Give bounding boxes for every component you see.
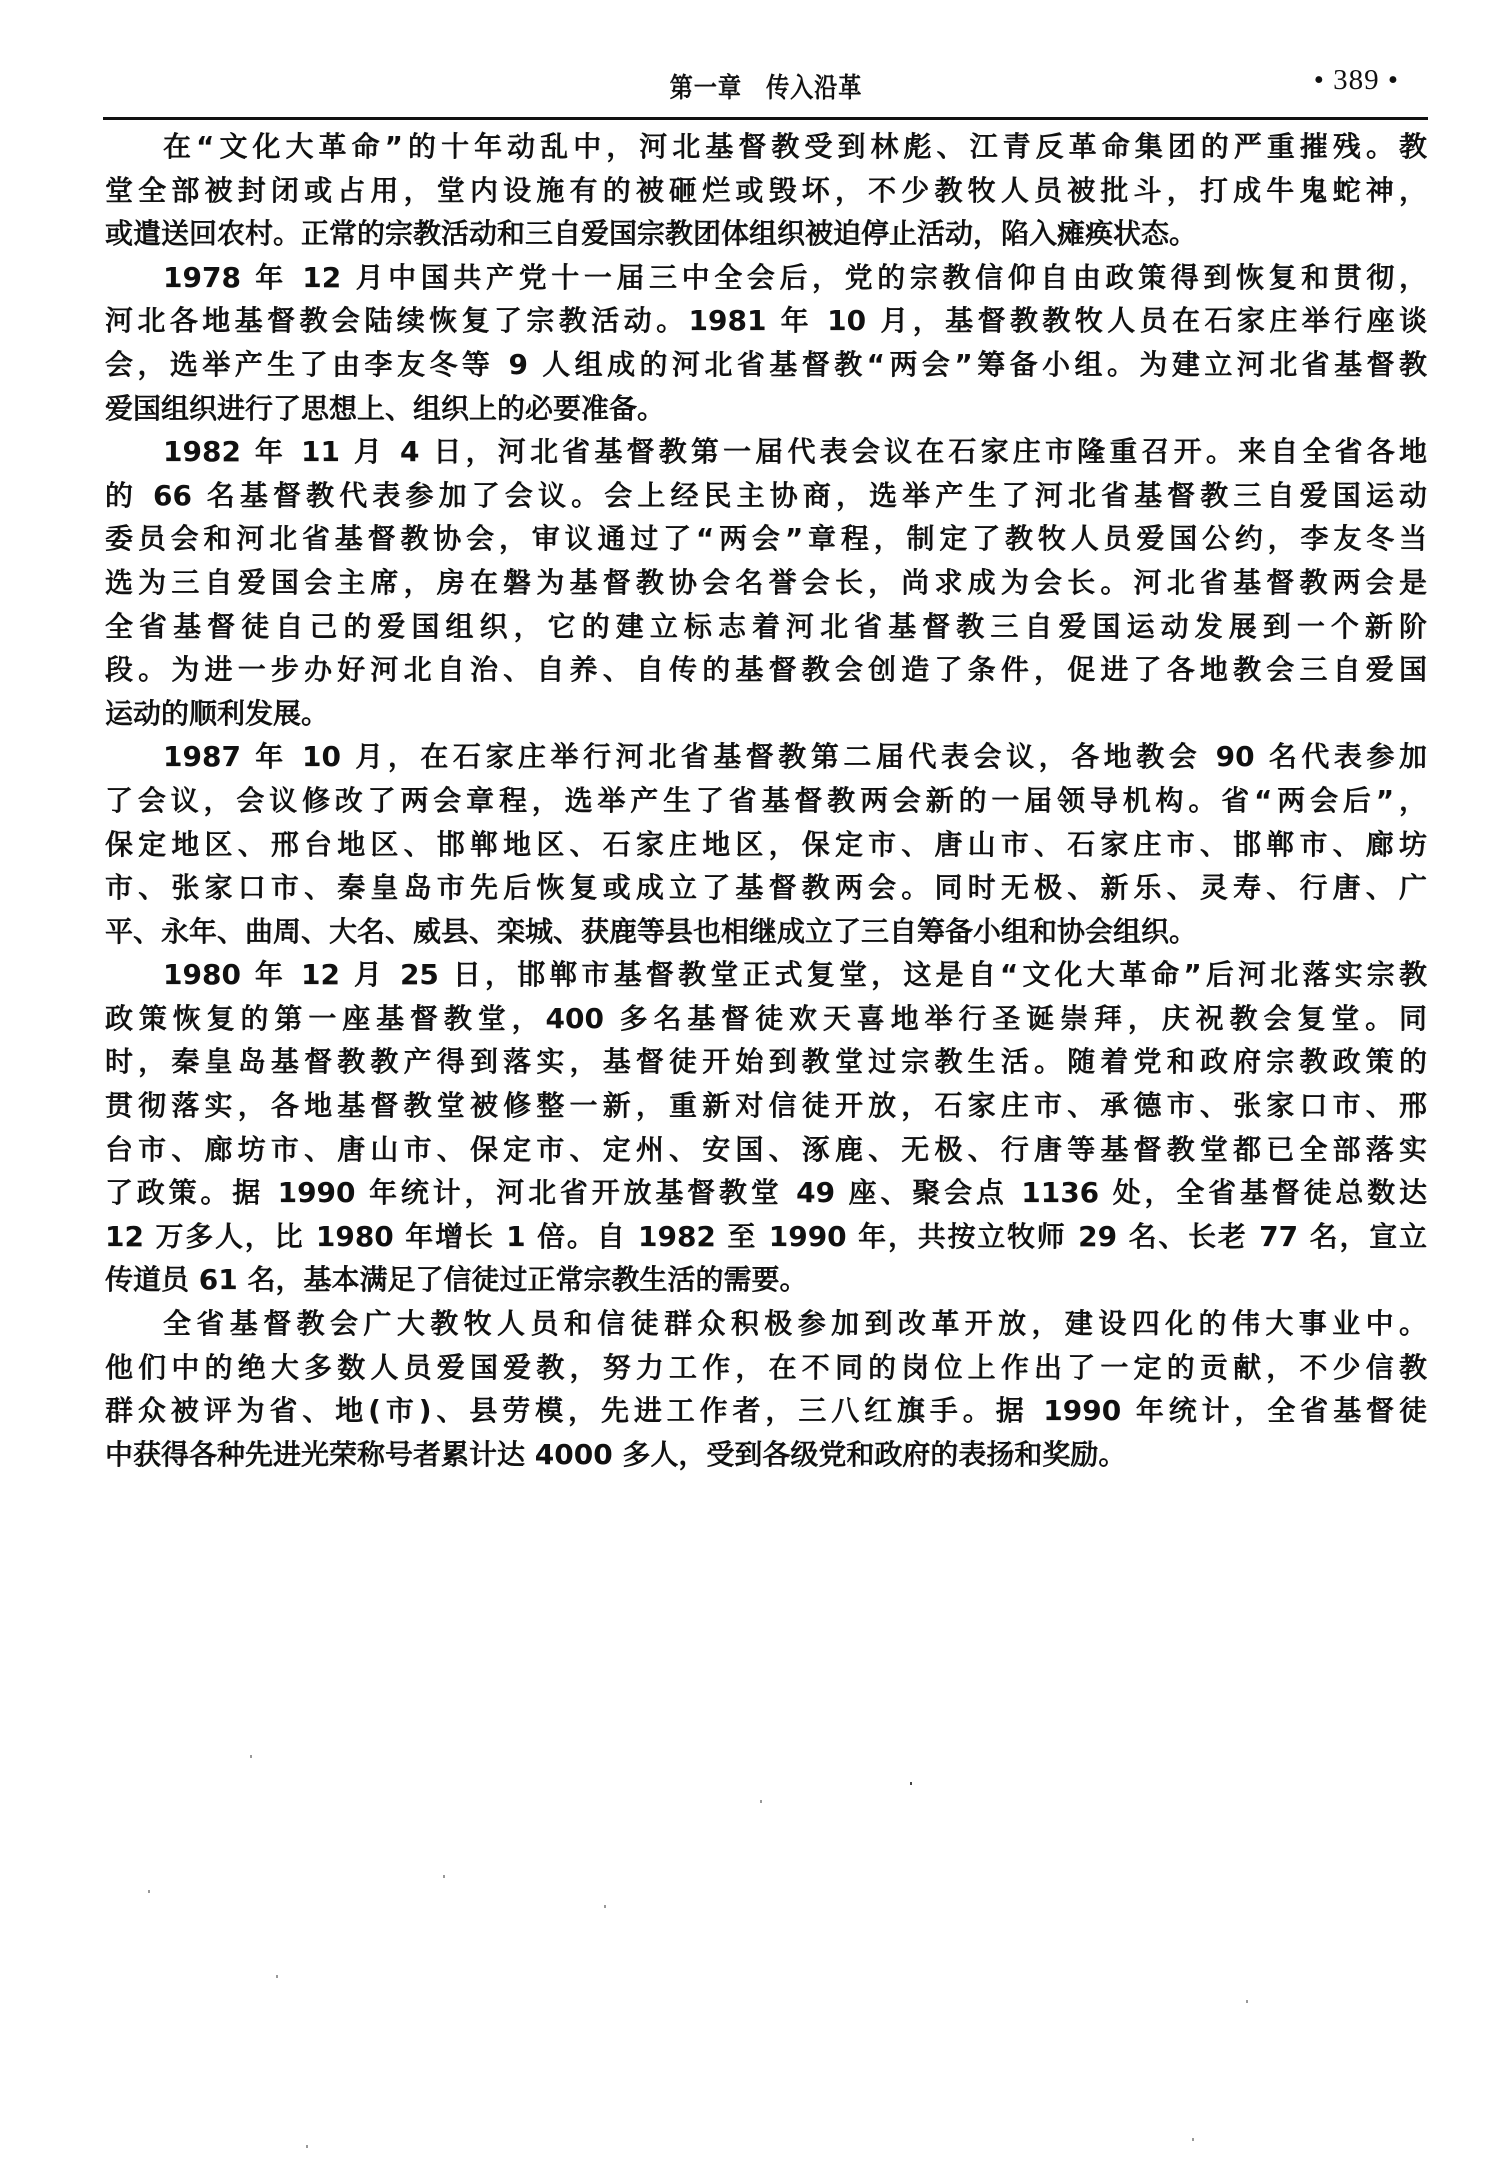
page-number: • 389 • xyxy=(1314,64,1399,97)
paragraph-4-line: 保定地区、邢台地区、邯郸地区、石家庄地区，保定市、唐山市、石家庄市、邯郸市、廊坊 xyxy=(105,823,1427,867)
paragraph-3-line: 全省基督徒自己的爱国组织，它的建立标志着河北省基督教三自爱国运动发展到一个新阶 xyxy=(105,605,1427,649)
header-rule xyxy=(103,117,1428,120)
scan-speck xyxy=(306,2145,308,2148)
paragraph-4-line: 平、永年、曲周、大名、威县、栾城、获鹿等县也相继成立了三自筹备小组和协会组织。 xyxy=(105,910,1427,954)
paragraph-5-line: 1980 年 12 月 25 日，邯郸市基督教堂正式复堂，这是自“文化大革命”后… xyxy=(105,953,1427,997)
paragraph-5-line: 传道员 61 名，基本满足了信徒过正常宗教生活的需要。 xyxy=(105,1258,1427,1302)
body-text: 在“文化大革命”的十年动乱中，河北基督教受到林彪、江青反革命集团的严重摧残。教 … xyxy=(105,125,1427,1476)
paragraph-6-line: 他们中的绝大多数人员爱国爱教，努力工作，在不同的岗位上作出了一定的贡献，不少信教 xyxy=(105,1346,1427,1390)
paragraph-2-line: 爱国组织进行了思想上、组织上的必要准备。 xyxy=(105,387,1427,431)
paragraph-4-line: 了会议，会议修改了两会章程，选举产生了省基督教两会新的一届领导机构。省“两会后”… xyxy=(105,779,1427,823)
paragraph-3-line: 委员会和河北省基督教协会，审议通过了“两会”章程，制定了教牧人员爱国公约，李友冬… xyxy=(105,517,1427,561)
paragraph-1-line: 堂全部被封闭或占用，堂内设施有的被砸烂或毁坏，不少教牧人员被批斗，打成牛鬼蛇神， xyxy=(105,169,1427,213)
paragraph-5-line: 贯彻落实，各地基督教堂被修整一新，重新对信徒开放，石家庄市、承德市、张家口市、邢 xyxy=(105,1084,1427,1128)
paragraph-1-line: 或遣送回农村。正常的宗教活动和三自爱国宗教团体组织被迫停止活动，陷入瘫痪状态。 xyxy=(105,212,1427,256)
paragraph-6-line: 群众被评为省、地(市)、县劳模，先进工作者，三八红旗手。据 1990 年统计，全… xyxy=(105,1389,1427,1433)
paragraph-2-line: 会，选举产生了由李友冬等 9 人组成的河北省基督教“两会”筹备小组。为建立河北省… xyxy=(105,343,1427,387)
paragraph-6-line: 中获得各种先进光荣称号者累计达 4000 多人，受到各级党和政府的表扬和奖励。 xyxy=(105,1433,1427,1477)
paragraph-4-line: 市、张家口市、秦皇岛市先后恢复或成立了基督教两会。同时无极、新乐、灵寿、行唐、广 xyxy=(105,866,1427,910)
paragraph-6-line: 全省基督教会广大教牧人员和信徒群众积极参加到改革开放，建设四化的伟大事业中。 xyxy=(105,1302,1427,1346)
paragraph-3-line: 选为三自爱国会主席，房在磐为基督教协会名誉会长，尚求成为会长。河北省基督教两会是 xyxy=(105,561,1427,605)
paragraph-5-line: 政策恢复的第一座基督教堂，400 多名基督徒欢天喜地举行圣诞崇拜，庆祝教会复堂。… xyxy=(105,997,1427,1041)
scan-speck xyxy=(604,1905,606,1908)
running-header: 第一章 传入沿革 • 389 • xyxy=(105,62,1427,102)
paragraph-3-line: 段。为进一步办好河北自治、自养、自传的基督教会创造了条件，促进了各地教会三自爱国 xyxy=(105,648,1427,692)
paragraph-2-line: 1978 年 12 月中国共产党十一届三中全会后，党的宗教信仰自由政策得到恢复和… xyxy=(105,256,1427,300)
scan-speck xyxy=(1192,2138,1194,2141)
scan-speck xyxy=(760,1800,762,1803)
paragraph-4-line: 1987 年 10 月，在石家庄举行河北省基督教第二届代表会议，各地教会 90 … xyxy=(105,735,1427,779)
paragraph-2-line: 河北各地基督教会陆续恢复了宗教活动。1981 年 10 月，基督教教牧人员在石家… xyxy=(105,299,1427,343)
paragraph-3-line: 运动的顺利发展。 xyxy=(105,692,1427,736)
paragraph-1-line: 在“文化大革命”的十年动乱中，河北基督教受到林彪、江青反革命集团的严重摧残。教 xyxy=(105,125,1427,169)
scan-speck xyxy=(1246,2000,1248,2003)
paragraph-5-line: 12 万多人，比 1980 年增长 1 倍。自 1982 至 1990 年，共按… xyxy=(105,1215,1427,1259)
paragraph-5-line: 了政策。据 1990 年统计，河北省开放基督教堂 49 座、聚会点 1136 处… xyxy=(105,1171,1427,1215)
scan-speck xyxy=(276,1975,278,1978)
paragraph-3-line: 的 66 名基督教代表参加了会议。会上经民主协商，选举产生了河北省基督教三自爱国… xyxy=(105,474,1427,518)
scan-speck xyxy=(443,1875,445,1878)
chapter-title: 第一章 传入沿革 xyxy=(198,66,1335,105)
scan-speck xyxy=(910,1782,912,1785)
scan-speck xyxy=(250,1755,252,1758)
paragraph-5-line: 台市、廊坊市、唐山市、保定市、定州、安国、涿鹿、无极、行唐等基督教堂都已全部落实 xyxy=(105,1128,1427,1172)
scan-speck xyxy=(148,1890,150,1893)
paragraph-3-line: 1982 年 11 月 4 日，河北省基督教第一届代表会议在石家庄市隆重召开。来… xyxy=(105,430,1427,474)
paragraph-5-line: 时，秦皇岛基督教教产得到落实，基督徒开始到教堂过宗教生活。随着党和政府宗教政策的 xyxy=(105,1040,1427,1084)
